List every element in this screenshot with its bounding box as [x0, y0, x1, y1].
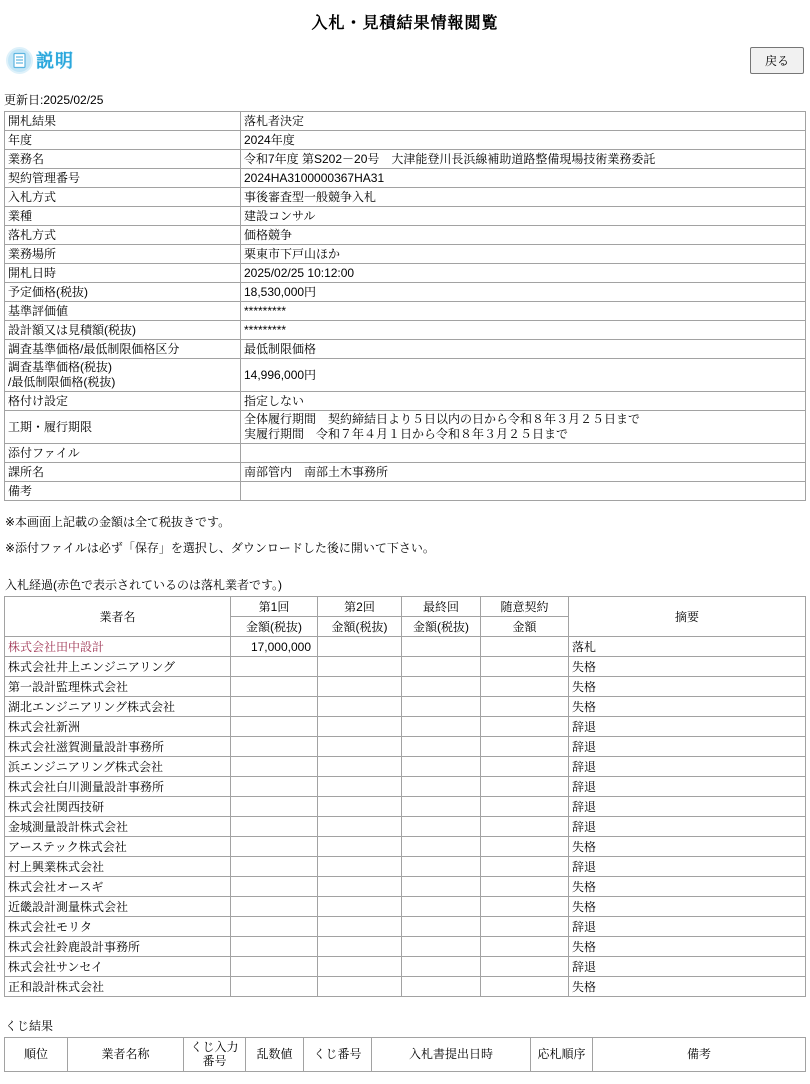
lottery-caption: くじ結果: [5, 1017, 806, 1034]
bid-header-amount1: 金額(税抜): [231, 617, 318, 637]
detail-label: 添付ファイル: [5, 444, 241, 463]
bid-summary: 辞退: [569, 757, 806, 777]
bid-vendor-name: 株式会社鈴鹿設計事務所: [5, 937, 231, 957]
description-button[interactable]: 説明: [6, 47, 74, 74]
detail-label: 業務場所: [5, 245, 241, 264]
bid-negotiated-amount: [481, 897, 569, 917]
detail-value: 最低制限価格: [241, 340, 806, 359]
detail-value: 価格競争: [241, 226, 806, 245]
detail-label: 入札方式: [5, 188, 241, 207]
bid-round2-amount: [318, 677, 402, 697]
detail-label: 設計額又は見積額(税抜): [5, 321, 241, 340]
bid-final-amount: [402, 777, 481, 797]
bid-round2-amount: [318, 697, 402, 717]
bid-round2-amount: [318, 937, 402, 957]
bid-final-amount: [402, 877, 481, 897]
bid-vendor-name: 株式会社関西技研: [5, 797, 231, 817]
bid-summary: 辞退: [569, 857, 806, 877]
detail-value: 指定しない: [241, 392, 806, 411]
bid-negotiated-amount: [481, 977, 569, 997]
bid-final-amount: [402, 917, 481, 937]
detail-value: 栗東市下戸山ほか: [241, 245, 806, 264]
bid-summary: 辞退: [569, 777, 806, 797]
bid-round2-amount: [318, 817, 402, 837]
detail-label: 調査基準価格/最低制限価格区分: [5, 340, 241, 359]
bid-summary: 辞退: [569, 817, 806, 837]
bid-round1-amount: 17,000,000: [231, 637, 318, 657]
bid-header-round2: 第2回: [318, 597, 402, 617]
bid-negotiated-amount: [481, 657, 569, 677]
detail-label: 備考: [5, 482, 241, 501]
details-row: 契約管理番号2024HA3100000367HA31: [5, 169, 806, 188]
lottery-header-cell: 応札順序: [531, 1038, 593, 1072]
bid-negotiated-amount: [481, 637, 569, 657]
bid-row: アーステック株式会社失格: [5, 837, 806, 857]
lottery-header-cell: 順位: [5, 1038, 68, 1072]
lottery-header-cell: 乱数値: [246, 1038, 304, 1072]
bid-summary: 辞退: [569, 797, 806, 817]
bid-round1-amount: [231, 737, 318, 757]
lottery-header-cell: 備考: [593, 1038, 806, 1072]
bid-summary: 失格: [569, 837, 806, 857]
bid-vendor-name: 株式会社井上エンジニアリング: [5, 657, 231, 677]
bid-summary: 辞退: [569, 737, 806, 757]
bid-negotiated-amount: [481, 957, 569, 977]
bid-result-page: 入札・見積結果情報閲覧 説明 戻る 更新日:2025/02/25 開札結果落札者…: [0, 0, 810, 1084]
bid-final-amount: [402, 957, 481, 977]
details-row: 業種建設コンサル: [5, 207, 806, 226]
detail-value: 14,996,000円: [241, 359, 806, 392]
bid-negotiated-amount: [481, 677, 569, 697]
bid-vendor-name: 株式会社白川測量設計事務所: [5, 777, 231, 797]
detail-label: 工期・履行期限: [5, 411, 241, 444]
updated-date: 更新日:2025/02/25: [4, 91, 806, 108]
bid-row: 浜エンジニアリング株式会社辞退: [5, 757, 806, 777]
bid-row: 村上興業株式会社辞退: [5, 857, 806, 877]
detail-value: 2025/02/25 10:12:00: [241, 264, 806, 283]
note: ※本画面上記載の金額は全て税抜きです。: [5, 513, 806, 530]
bid-row: 湖北エンジニアリング株式会社失格: [5, 697, 806, 717]
bid-round2-amount: [318, 897, 402, 917]
bid-negotiated-amount: [481, 917, 569, 937]
detail-value: 事後審査型一般競争入札: [241, 188, 806, 207]
bid-round1-amount: [231, 797, 318, 817]
bid-round1-amount: [231, 777, 318, 797]
lottery-header-cell: くじ入力番号: [184, 1038, 246, 1072]
bid-round2-amount: [318, 657, 402, 677]
bid-round1-amount: [231, 817, 318, 837]
bid-round1-amount: [231, 757, 318, 777]
detail-label: 落札方式: [5, 226, 241, 245]
details-row: 年度2024年度: [5, 131, 806, 150]
details-row: 工期・履行期限全体履行期間 契約締結日より５日以内の日から令和８年３月２５日まで…: [5, 411, 806, 444]
bid-header-vendor: 業者名: [5, 597, 231, 637]
bid-vendor-name: 金城測量設計株式会社: [5, 817, 231, 837]
bid-negotiated-amount: [481, 937, 569, 957]
bid-vendor-name: 株式会社田中設計: [5, 637, 231, 657]
bid-header-amount2: 金額(税抜): [318, 617, 402, 637]
bid-round1-amount: [231, 717, 318, 737]
bid-summary: 失格: [569, 977, 806, 997]
bid-vendor-name: 第一設計監理株式会社: [5, 677, 231, 697]
detail-label: 年度: [5, 131, 241, 150]
detail-value: [241, 444, 806, 463]
details-row: 開札日時2025/02/25 10:12:00: [5, 264, 806, 283]
lottery-header-cell: くじ番号: [304, 1038, 372, 1072]
bid-final-amount: [402, 897, 481, 917]
note: ※添付ファイルは必ず「保存」を選択し、ダウンロードした後に開いて下さい。: [5, 539, 806, 556]
bid-vendor-name: 湖北エンジニアリング株式会社: [5, 697, 231, 717]
bid-final-amount: [402, 817, 481, 837]
detail-value: 2024HA3100000367HA31: [241, 169, 806, 188]
bid-summary: 辞退: [569, 957, 806, 977]
details-row: 課所名南部管内 南部土木事務所: [5, 463, 806, 482]
bid-row: 金城測量設計株式会社辞退: [5, 817, 806, 837]
detail-label: 格付け設定: [5, 392, 241, 411]
back-button[interactable]: 戻る: [750, 47, 804, 74]
bid-negotiated-amount: [481, 737, 569, 757]
bid-round2-amount: [318, 837, 402, 857]
bid-row: 株式会社鈴鹿設計事務所失格: [5, 937, 806, 957]
bid-header-negotiated: 随意契約: [481, 597, 569, 617]
detail-value: 落札者決定: [241, 112, 806, 131]
bid-final-amount: [402, 837, 481, 857]
details-row: 基準評価値*********: [5, 302, 806, 321]
bid-row: 株式会社井上エンジニアリング失格: [5, 657, 806, 677]
bid-header-amount4: 金額: [481, 617, 569, 637]
bid-row: 株式会社新洲辞退: [5, 717, 806, 737]
bid-vendor-name: 近畿設計測量株式会社: [5, 897, 231, 917]
detail-label: 開札結果: [5, 112, 241, 131]
bid-header-summary: 摘要: [569, 597, 806, 637]
bid-negotiated-amount: [481, 837, 569, 857]
details-row: 予定価格(税抜)18,530,000円: [5, 283, 806, 302]
details-row: 添付ファイル: [5, 444, 806, 463]
bid-round1-amount: [231, 937, 318, 957]
lottery-table: 順位業者名称くじ入力番号乱数値くじ番号入札書提出日時応札順序備考: [4, 1037, 806, 1072]
detail-value: 建設コンサル: [241, 207, 806, 226]
detail-label: 業種: [5, 207, 241, 226]
bid-final-amount: [402, 857, 481, 877]
bid-summary: 失格: [569, 697, 806, 717]
bid-summary: 失格: [569, 897, 806, 917]
bid-row: 第一設計監理株式会社失格: [5, 677, 806, 697]
detail-value: 全体履行期間 契約締結日より５日以内の日から令和８年３月２５日まで 実履行期間 …: [241, 411, 806, 444]
detail-value: *********: [241, 302, 806, 321]
bid-round1-amount: [231, 977, 318, 997]
bid-summary: 辞退: [569, 917, 806, 937]
description-button-label: 説明: [36, 47, 74, 73]
bid-vendor-name: 株式会社新洲: [5, 717, 231, 737]
details-row: 設計額又は見積額(税抜)*********: [5, 321, 806, 340]
detail-value: 2024年度: [241, 131, 806, 150]
bid-round2-amount: [318, 717, 402, 737]
bid-table-body: 株式会社田中設計17,000,000落札株式会社井上エンジニアリング失格第一設計…: [5, 637, 806, 997]
lottery-header-row: 順位業者名称くじ入力番号乱数値くじ番号入札書提出日時応札順序備考: [5, 1038, 806, 1072]
bid-final-amount: [402, 757, 481, 777]
bid-round1-amount: [231, 917, 318, 937]
bid-summary: 落札: [569, 637, 806, 657]
bid-round1-amount: [231, 697, 318, 717]
detail-label: 課所名: [5, 463, 241, 482]
bid-round1-amount: [231, 837, 318, 857]
bid-vendor-name: 株式会社滋賀測量設計事務所: [5, 737, 231, 757]
bid-row: 株式会社オースギ失格: [5, 877, 806, 897]
bid-final-amount: [402, 657, 481, 677]
details-row: 調査基準価格(税抜) /最低制限価格(税抜)14,996,000円: [5, 359, 806, 392]
bid-history-caption: 入札経過(赤色で表示されているのは落札業者です。): [5, 576, 806, 593]
detail-label: 契約管理番号: [5, 169, 241, 188]
bid-row: 株式会社サンセイ辞退: [5, 957, 806, 977]
bid-row: 株式会社滋賀測量設計事務所辞退: [5, 737, 806, 757]
bid-row: 株式会社白川測量設計事務所辞退: [5, 777, 806, 797]
bid-vendor-name: 株式会社オースギ: [5, 877, 231, 897]
detail-value: *********: [241, 321, 806, 340]
bid-header-final: 最終回: [402, 597, 481, 617]
detail-value: 令和7年度 第S202－20号 大津能登川長浜線補助道路整備現場技術業務委託: [241, 150, 806, 169]
detail-label: 業務名: [5, 150, 241, 169]
bid-vendor-name: 浜エンジニアリング株式会社: [5, 757, 231, 777]
bid-round1-amount: [231, 877, 318, 897]
details-row: 業務場所栗東市下戸山ほか: [5, 245, 806, 264]
bid-negotiated-amount: [481, 777, 569, 797]
details-row: 格付け設定指定しない: [5, 392, 806, 411]
bid-negotiated-amount: [481, 797, 569, 817]
detail-label: 予定価格(税抜): [5, 283, 241, 302]
bid-vendor-name: 株式会社サンセイ: [5, 957, 231, 977]
bid-vendor-name: アーステック株式会社: [5, 837, 231, 857]
bid-header-amount3: 金額(税抜): [402, 617, 481, 637]
details-row: 入札方式事後審査型一般競争入札: [5, 188, 806, 207]
bid-final-amount: [402, 697, 481, 717]
details-row: 開札結果落札者決定: [5, 112, 806, 131]
bid-negotiated-amount: [481, 697, 569, 717]
bid-final-amount: [402, 977, 481, 997]
detail-label: 調査基準価格(税抜) /最低制限価格(税抜): [5, 359, 241, 392]
bid-negotiated-amount: [481, 857, 569, 877]
bid-final-amount: [402, 797, 481, 817]
detail-label: 基準評価値: [5, 302, 241, 321]
bid-round2-amount: [318, 917, 402, 937]
lottery-header-cell: 業者名称: [68, 1038, 184, 1072]
bid-round1-amount: [231, 957, 318, 977]
toolbar: 説明 戻る: [6, 45, 804, 75]
detail-value: 南部管内 南部土木事務所: [241, 463, 806, 482]
bid-round2-amount: [318, 637, 402, 657]
document-icon: [6, 47, 33, 74]
notes: ※本画面上記載の金額は全て税抜きです。※添付ファイルは必ず「保存」を選択し、ダウ…: [4, 513, 806, 556]
bid-header-round1: 第1回: [231, 597, 318, 617]
bid-summary: 失格: [569, 677, 806, 697]
details-table-body: 開札結果落札者決定年度2024年度業務名令和7年度 第S202－20号 大津能登…: [5, 112, 806, 501]
bid-table: 業者名 第1回 第2回 最終回 随意契約 摘要 金額(税抜) 金額(税抜) 金額…: [4, 596, 806, 997]
lottery-header-cell: 入札書提出日時: [372, 1038, 531, 1072]
bid-round2-amount: [318, 737, 402, 757]
bid-summary: 失格: [569, 877, 806, 897]
bid-negotiated-amount: [481, 717, 569, 737]
details-row: 業務名令和7年度 第S202－20号 大津能登川長浜線補助道路整備現場技術業務委…: [5, 150, 806, 169]
bid-row: 株式会社モリタ辞退: [5, 917, 806, 937]
bid-round1-amount: [231, 897, 318, 917]
bid-negotiated-amount: [481, 757, 569, 777]
bid-round2-amount: [318, 757, 402, 777]
bid-summary: 失格: [569, 657, 806, 677]
bid-round2-amount: [318, 797, 402, 817]
detail-label: 開札日時: [5, 264, 241, 283]
details-row: 備考: [5, 482, 806, 501]
detail-value: [241, 482, 806, 501]
bid-negotiated-amount: [481, 817, 569, 837]
bid-round2-amount: [318, 877, 402, 897]
bid-round1-amount: [231, 857, 318, 877]
bid-vendor-name: 村上興業株式会社: [5, 857, 231, 877]
bid-round2-amount: [318, 857, 402, 877]
page-title: 入札・見積結果情報閲覧: [4, 10, 806, 33]
bid-round2-amount: [318, 777, 402, 797]
bid-round1-amount: [231, 677, 318, 697]
bid-summary: 辞退: [569, 717, 806, 737]
bid-round2-amount: [318, 957, 402, 977]
bid-row: 株式会社関西技研辞退: [5, 797, 806, 817]
bid-final-amount: [402, 937, 481, 957]
bid-vendor-name: 正和設計株式会社: [5, 977, 231, 997]
bid-final-amount: [402, 737, 481, 757]
bid-row: 近畿設計測量株式会社失格: [5, 897, 806, 917]
bid-row: 正和設計株式会社失格: [5, 977, 806, 997]
bid-row: 株式会社田中設計17,000,000落札: [5, 637, 806, 657]
bid-round2-amount: [318, 977, 402, 997]
bid-round1-amount: [231, 657, 318, 677]
bid-negotiated-amount: [481, 877, 569, 897]
detail-value: 18,530,000円: [241, 283, 806, 302]
details-row: 調査基準価格/最低制限価格区分最低制限価格: [5, 340, 806, 359]
bid-vendor-name: 株式会社モリタ: [5, 917, 231, 937]
bid-summary: 失格: [569, 937, 806, 957]
bid-final-amount: [402, 717, 481, 737]
bid-final-amount: [402, 637, 481, 657]
details-row: 落札方式価格競争: [5, 226, 806, 245]
bid-final-amount: [402, 677, 481, 697]
details-table: 開札結果落札者決定年度2024年度業務名令和7年度 第S202－20号 大津能登…: [4, 111, 806, 501]
